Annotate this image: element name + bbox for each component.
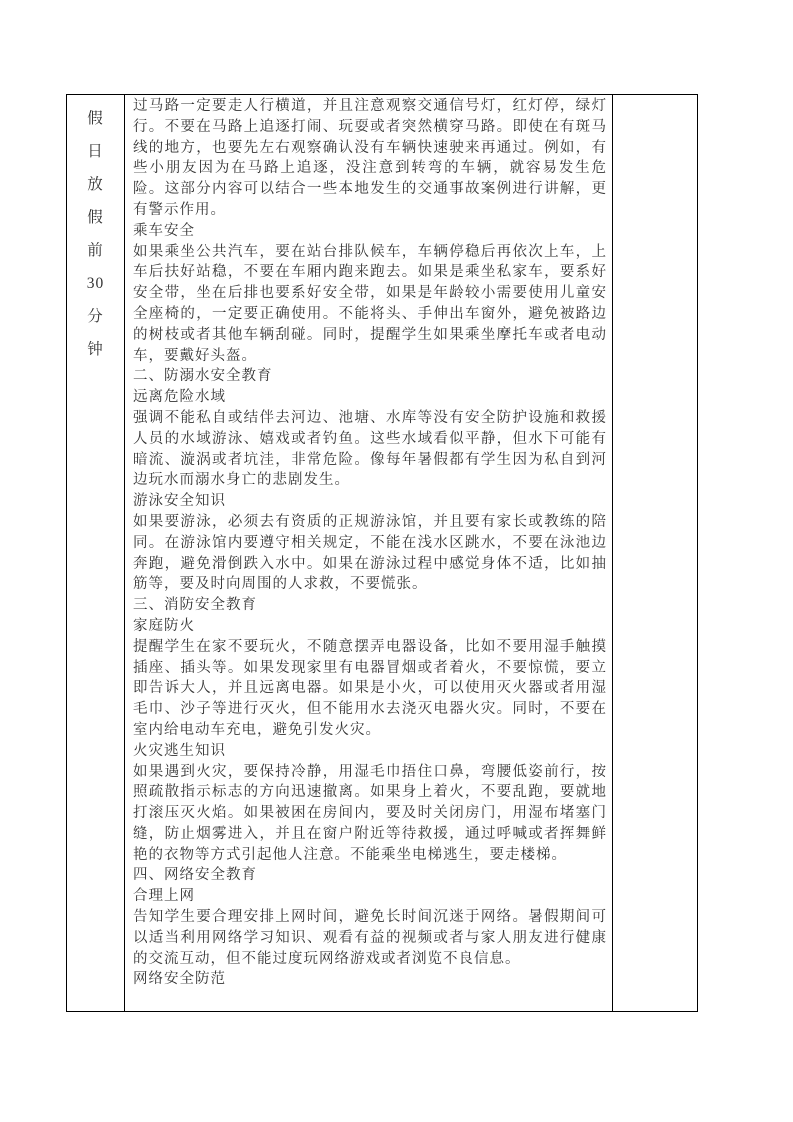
paragraph-home-fire-prevention: 提醒学生在家不要玩火，不随意摆弄电器设备，比如不要用湿手触摸插座、插头等。如果发… [133, 637, 607, 741]
schedule-period-char: 分 [67, 300, 124, 333]
notes-cell [613, 95, 697, 1011]
schedule-period-char: 假 [67, 102, 124, 135]
schedule-period-char: 放 [67, 168, 124, 201]
document-page: 假 日 放 假 前 30 分 钟 过马路一定要走人行横道，并且注意观察交通信号灯… [0, 0, 793, 1122]
heading-ride-safety: 乘车安全 [133, 221, 607, 242]
heading-section3-fire-safety: 三、消防安全教育 [133, 595, 607, 616]
safety-content-cell: 过马路一定要走人行横道，并且注意观察交通信号灯，红灯停，绿灯行。不要在马路上追逐… [125, 95, 613, 1011]
heading-fire-escape-knowledge: 火灾逃生知识 [133, 741, 607, 762]
paragraph-internet-use: 告知学生要合理安排上网时间，避免长时间沉迷于网络。暑假期间可以适当利用网络学习知… [133, 907, 607, 969]
heading-reasonable-internet-use: 合理上网 [133, 886, 607, 907]
schedule-period-char: 钟 [67, 333, 124, 366]
schedule-period-char: 假 [67, 201, 124, 234]
paragraph-swimming-rules: 如果要游泳，必须去有资质的正规游泳馆，并且要有家长或教练的陪同。在游泳馆内要遵守… [133, 512, 607, 595]
heading-swimming-safety-knowledge: 游泳安全知识 [133, 491, 607, 512]
schedule-period-cell: 假 日 放 假 前 30 分 钟 [67, 95, 125, 1011]
heading-section4-network-safety: 四、网络安全教育 [133, 865, 607, 886]
paragraph-fire-escape: 如果遇到火灾，要保持冷静，用湿毛巾捂住口鼻，弯腰低姿前行，按照疏散指示标志的方向… [133, 762, 607, 866]
schedule-period-char: 日 [67, 135, 124, 168]
paragraph-ride-safety: 如果乘坐公共汽车，要在站台排队候车，车辆停稳后再依次上车，上车后扶好站稳，不要在… [133, 242, 607, 367]
heading-home-fire-prevention: 家庭防火 [133, 616, 607, 637]
heading-section2-drowning-prevention: 二、防溺水安全教育 [133, 366, 607, 387]
heading-stay-away-dangerous-waters: 远离危险水域 [133, 387, 607, 408]
paragraph-dangerous-waters: 强调不能私自或结伴去河边、池塘、水库等没有安全防护设施和救援人员的水域游泳、嬉戏… [133, 408, 607, 491]
safety-education-table: 假 日 放 假 前 30 分 钟 过马路一定要走人行横道，并且注意观察交通信号灯… [66, 94, 698, 1012]
schedule-period-char: 30 [67, 267, 124, 300]
heading-network-safety-protection: 网络安全防范 [133, 969, 607, 990]
schedule-period-char: 前 [67, 234, 124, 267]
paragraph-road-safety: 过马路一定要走人行横道，并且注意观察交通信号灯，红灯停，绿灯行。不要在马路上追逐… [133, 96, 607, 221]
